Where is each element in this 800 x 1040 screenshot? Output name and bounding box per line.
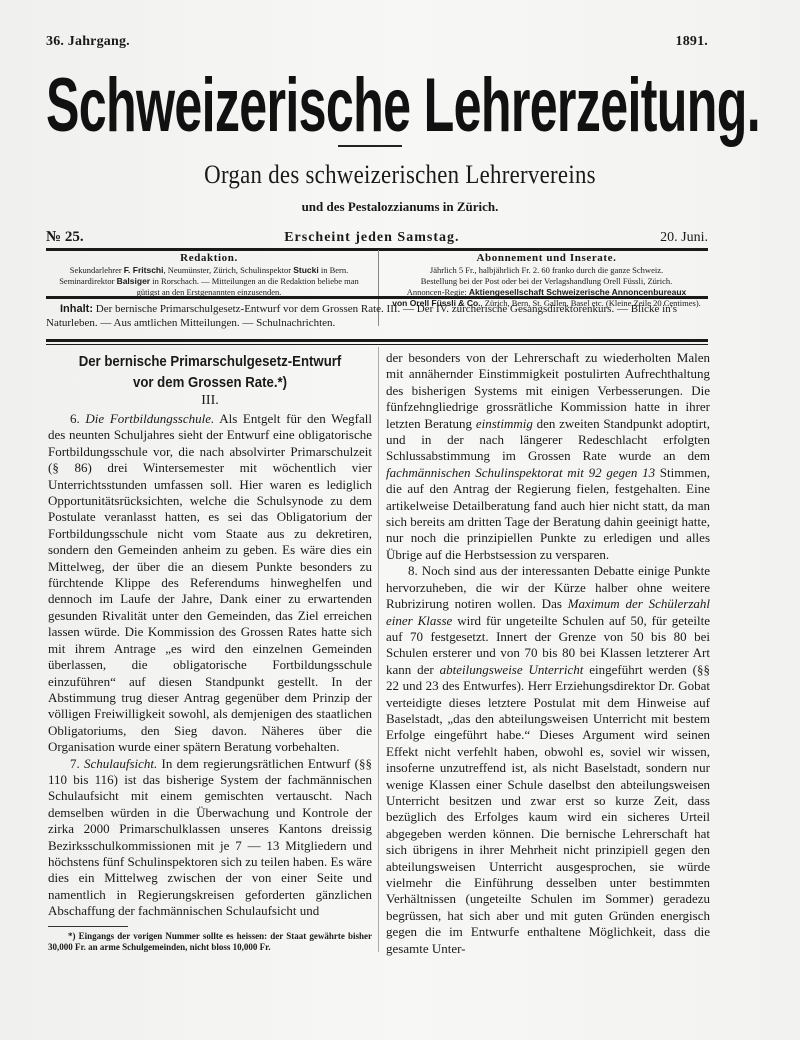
publication-frequency: Erscheint jeden Samstag. xyxy=(284,230,459,246)
abonnement-heading: Abonnement und Inserate. xyxy=(385,253,708,264)
column-divider xyxy=(378,347,379,952)
abonnement-line-1: Jährlich 5 Fr., halbjährlich Fr. 2. 60 f… xyxy=(385,265,708,276)
footnote: *) Eingangs der vorigen Nummer sollte es… xyxy=(48,931,372,953)
newspaper-page: 36. Jahrgang. 1891. Schweizerische Lehre… xyxy=(0,0,800,1040)
paragraph-6: 6. Die Fortbildungsschule. Als Entgelt f… xyxy=(48,411,372,756)
contents-label: Inhalt: xyxy=(60,303,93,315)
subtitle-secondary: und des Pestalozzianums in Zürich. xyxy=(0,199,800,215)
rule-double-thick xyxy=(46,339,708,342)
masthead-rule xyxy=(338,145,402,147)
paragraph-7: 7. Schulaufsicht. In dem regierungsrätli… xyxy=(48,756,372,920)
abonnement-line-2: Bestellung bei der Post oder bei der Ver… xyxy=(385,276,708,287)
header-topline: 36. Jahrgang. 1891. xyxy=(46,34,708,50)
contents-text: Der bernische Primarschulgesetz-Entwurf … xyxy=(46,303,677,329)
article-title-line-1: Der bernische Primarschulgesetz-Entwurf xyxy=(67,353,352,371)
issue-line: № 25. Erscheint jeden Samstag. 20. Juni. xyxy=(46,229,708,246)
masthead-title: Schweizerische Lehrerzeitung. xyxy=(46,66,714,146)
redaktion-line-1: Sekundarlehrer F. Fritschi, Neumünster, … xyxy=(46,265,372,276)
issue-date: 20. Juni. xyxy=(660,230,708,246)
table-of-contents: Inhalt: Der bernische Primarschulgesetz-… xyxy=(46,302,708,330)
rule-after-info xyxy=(46,296,708,299)
year-label: 1891. xyxy=(676,34,709,50)
rule-double-thin xyxy=(46,344,708,345)
paragraph-7-continued: der besonders von der Lehrerschaft zu wi… xyxy=(386,350,710,563)
article-part-number: III. xyxy=(48,392,372,410)
redaktion-heading: Redaktion. xyxy=(46,253,372,264)
redaktion-line-2: Seminardirektor Balsiger in Rorschach. —… xyxy=(46,276,372,287)
paragraph-8: 8. Noch sind aus der interessanten Debat… xyxy=(386,563,710,957)
subtitle: Organ des schweizerischen Lehrervereins xyxy=(48,160,752,190)
column-left: Der bernische Primarschulgesetz-Entwurf … xyxy=(48,350,372,953)
issue-number: № 25. xyxy=(46,229,84,246)
column-right: der besonders von der Lehrerschaft zu wi… xyxy=(386,350,710,957)
article-title-line-2: vor dem Grossen Rate.*) xyxy=(67,374,352,392)
volume-label: 36. Jahrgang. xyxy=(46,34,130,50)
footnote-rule xyxy=(48,926,128,927)
